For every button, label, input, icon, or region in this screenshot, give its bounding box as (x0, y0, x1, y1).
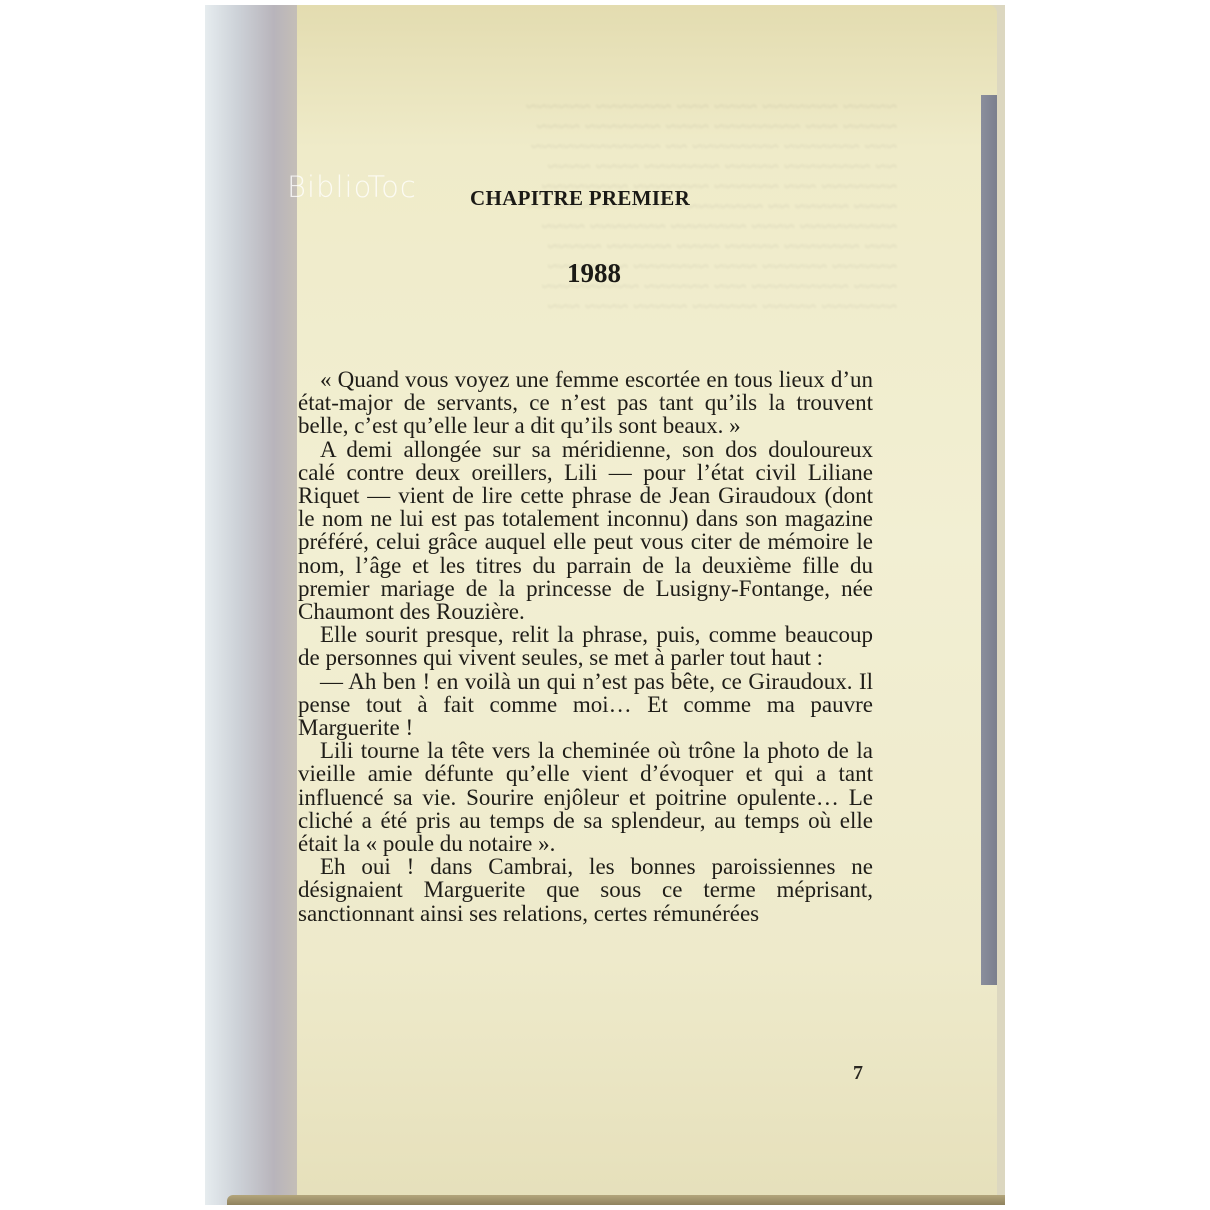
page-stack-edge (981, 95, 997, 985)
page-bottom-edge (227, 1195, 1005, 1205)
chapter-body: « Quand vous voyez une femme escortée en… (298, 368, 873, 925)
paragraph: A demi allongée sur sa méridienne, son d… (298, 438, 873, 624)
book-gutter (205, 5, 297, 1205)
paragraph: Lili tourne la tête vers la cheminée où … (298, 739, 873, 855)
paragraph: « Quand vous voyez une femme escortée en… (298, 368, 873, 438)
page-number: 7 (853, 1062, 863, 1085)
watermark-logo: BiblioToc (287, 170, 417, 204)
paragraph: Elle sourit presque, relit la phrase, pu… (298, 623, 873, 669)
paragraph: — Ah ben ! en voilà un qui n’est pas bêt… (298, 670, 873, 740)
paragraph: Eh oui ! dans Cambrai, les bonnes parois… (298, 855, 873, 925)
show-through-text: ~~~~~ ~~~~~~~ ~~~~ ~~~ ~~~~~~~ ~~~~~~ ~~… (337, 97, 897, 357)
chapter-title: CHAPITRE PREMIER (470, 186, 725, 211)
chapter-year: 1988 (567, 258, 621, 289)
